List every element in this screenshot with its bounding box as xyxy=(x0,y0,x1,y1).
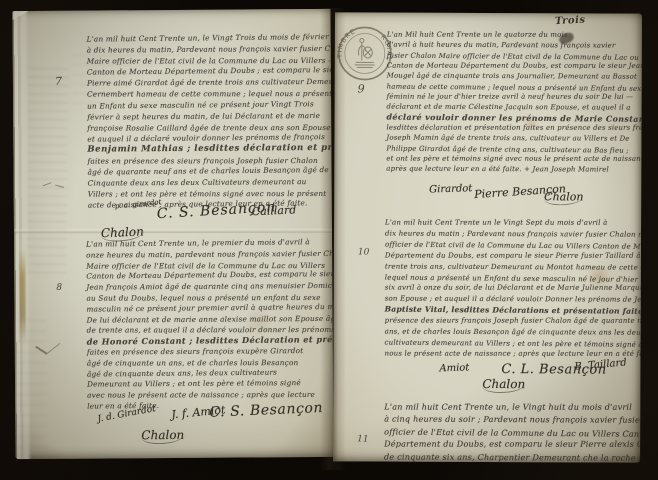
manuscript-line: Demeurant au Villers ; et ont les père e… xyxy=(87,378,333,391)
manuscript-line: février à sept heures du matin, de lui D… xyxy=(87,110,331,123)
register-scan: 7 L'an mil huit Cent Trente un, le Vingt… xyxy=(0,0,658,480)
stamp-text-left: TIMBRE xyxy=(336,27,357,59)
signature-chalon: Chalon xyxy=(141,428,184,444)
manuscript-line: féminin né le jour d'hier treize avril à… xyxy=(387,92,639,103)
manuscript-line: à dix heures du matin, Pardevant nous fr… xyxy=(87,43,331,56)
inserted-correction-word: Trois xyxy=(555,15,586,27)
act-margin-number-10: 10 xyxy=(358,247,369,257)
stamp-figure xyxy=(355,38,375,67)
birth-act-9: L'an Mil huit Cent Trente un le quatorze… xyxy=(386,30,639,176)
manuscript-line: L'an mil huit Cent Trente un, le Vingt h… xyxy=(384,401,636,414)
manuscript-line: Jean françois Amiot âgé de quarante cinq… xyxy=(86,281,332,294)
timbre-royal-stamp: TIMBRE ROYAL xyxy=(336,24,394,82)
manuscript-line: onze heures du matin, pardevant nous fra… xyxy=(86,249,332,262)
manuscript-line: Département du Doubs, est comparu le sie… xyxy=(384,438,636,451)
signature-chalon: Chalon xyxy=(482,377,525,393)
manuscript-line: masculin né ce présent jour premier avri… xyxy=(86,302,332,315)
act-margin-number-9: 9 xyxy=(358,82,365,95)
signature-chalon: Chalon xyxy=(544,190,583,205)
manuscript-line: Cinquante deux ans les deux Cultivateurs… xyxy=(88,176,332,189)
left-page: 7 L'an mil huit Cent Trente un, le Vingt… xyxy=(12,9,333,459)
signature-girardot: Girardot xyxy=(429,183,472,195)
corner-fold xyxy=(12,11,28,20)
manuscript-line: Canton de Morteau Département du Doubs, … xyxy=(387,61,639,72)
manuscript-line: dix heures du matin ; Pardevant nous fra… xyxy=(385,228,637,240)
birth-act-10: L'an mil huit Cent Trente un le Vingt Se… xyxy=(384,218,637,361)
bleed-through-text xyxy=(26,61,68,276)
manuscript-line: lesdittes déclaration et présentation fa… xyxy=(386,123,638,134)
manuscript-line: de cinquante six ans, Charpentier Demeur… xyxy=(384,450,636,462)
manuscript-line: après que lecture leur en a été faite. +… xyxy=(386,164,638,175)
manuscript-line: faites en présence des sieurs françois e… xyxy=(87,346,333,359)
margin-mark xyxy=(41,178,52,187)
manuscript-line: Benjamin Mathias ; lesdittes déclaration… xyxy=(87,143,331,156)
signature-besancon: C. S. Besançon xyxy=(209,400,323,421)
manuscript-line: Mougel âgé de cinquante trois ans Journa… xyxy=(387,71,639,82)
manuscript-line: nous le présent acte de naissance ; aprè… xyxy=(384,348,636,359)
manuscript-line: ans, et de charles louis Besançon âgé de… xyxy=(385,327,637,339)
signature-amiot: Amiot xyxy=(439,362,469,374)
margin-mark xyxy=(55,180,65,188)
act-margin-number-11: 11 xyxy=(357,434,368,444)
birth-act-7: L'an mil huit Cent Trente un, le Vingt T… xyxy=(87,32,332,211)
manuscript-line: Joseph Mamin âgé de trente trois ans, cu… xyxy=(386,133,638,144)
svg-text:TIMBRE: TIMBRE xyxy=(336,27,357,59)
manuscript-line: six avril à onze du soir, de lui Déclara… xyxy=(385,283,637,294)
manuscript-line: déclarant et de marie Célestine Jacquin … xyxy=(387,102,639,113)
manuscript-line: trente trois ans, cultivateur Demeurant … xyxy=(385,261,637,273)
edge-stain xyxy=(19,249,26,344)
manuscript-line: L'an Mil huit Cent Trente un le quatorze… xyxy=(387,30,639,41)
manuscript-line: et ont les père et témoins signé avec no… xyxy=(386,154,638,165)
signature-caillard: Caillard xyxy=(252,203,297,218)
birth-act-8: L'an mil huit Cent Trente un, le premier… xyxy=(86,238,333,412)
page-stack-edge xyxy=(12,11,31,459)
manuscript-line: à cinq heures du soir ; Pardevant nous f… xyxy=(384,413,636,427)
act-margin-number-7: 7 xyxy=(55,75,62,88)
act-margin-number-8: 8 xyxy=(56,283,62,293)
manuscript-line: présence des sieurs françois Joseph fusi… xyxy=(385,316,637,327)
birth-act-11: L'an mil huit Cent Trente un, le Vingt h… xyxy=(384,401,636,463)
manuscript-line: Département du Doubs, est comparu le sie… xyxy=(385,250,637,261)
manuscript-line: d'avril à huit heures du matin, Pardevan… xyxy=(387,40,639,51)
manuscript-line: un Enfant du sexe masculin né ce présent… xyxy=(87,98,331,112)
manuscript-line: âgé de cinquante deux ans, les deux cult… xyxy=(87,367,333,380)
manuscript-line: et auquel il a déclaré vouloir donner le… xyxy=(87,131,331,145)
right-page: TIMBRE ROYAL Trois 9 L'an Mil huit Cent … xyxy=(333,12,642,462)
margin-doodle xyxy=(35,336,60,355)
page-crease xyxy=(14,229,332,234)
manuscript-line: L'an mil huit Cent Trente un le Vingt Se… xyxy=(385,218,637,229)
